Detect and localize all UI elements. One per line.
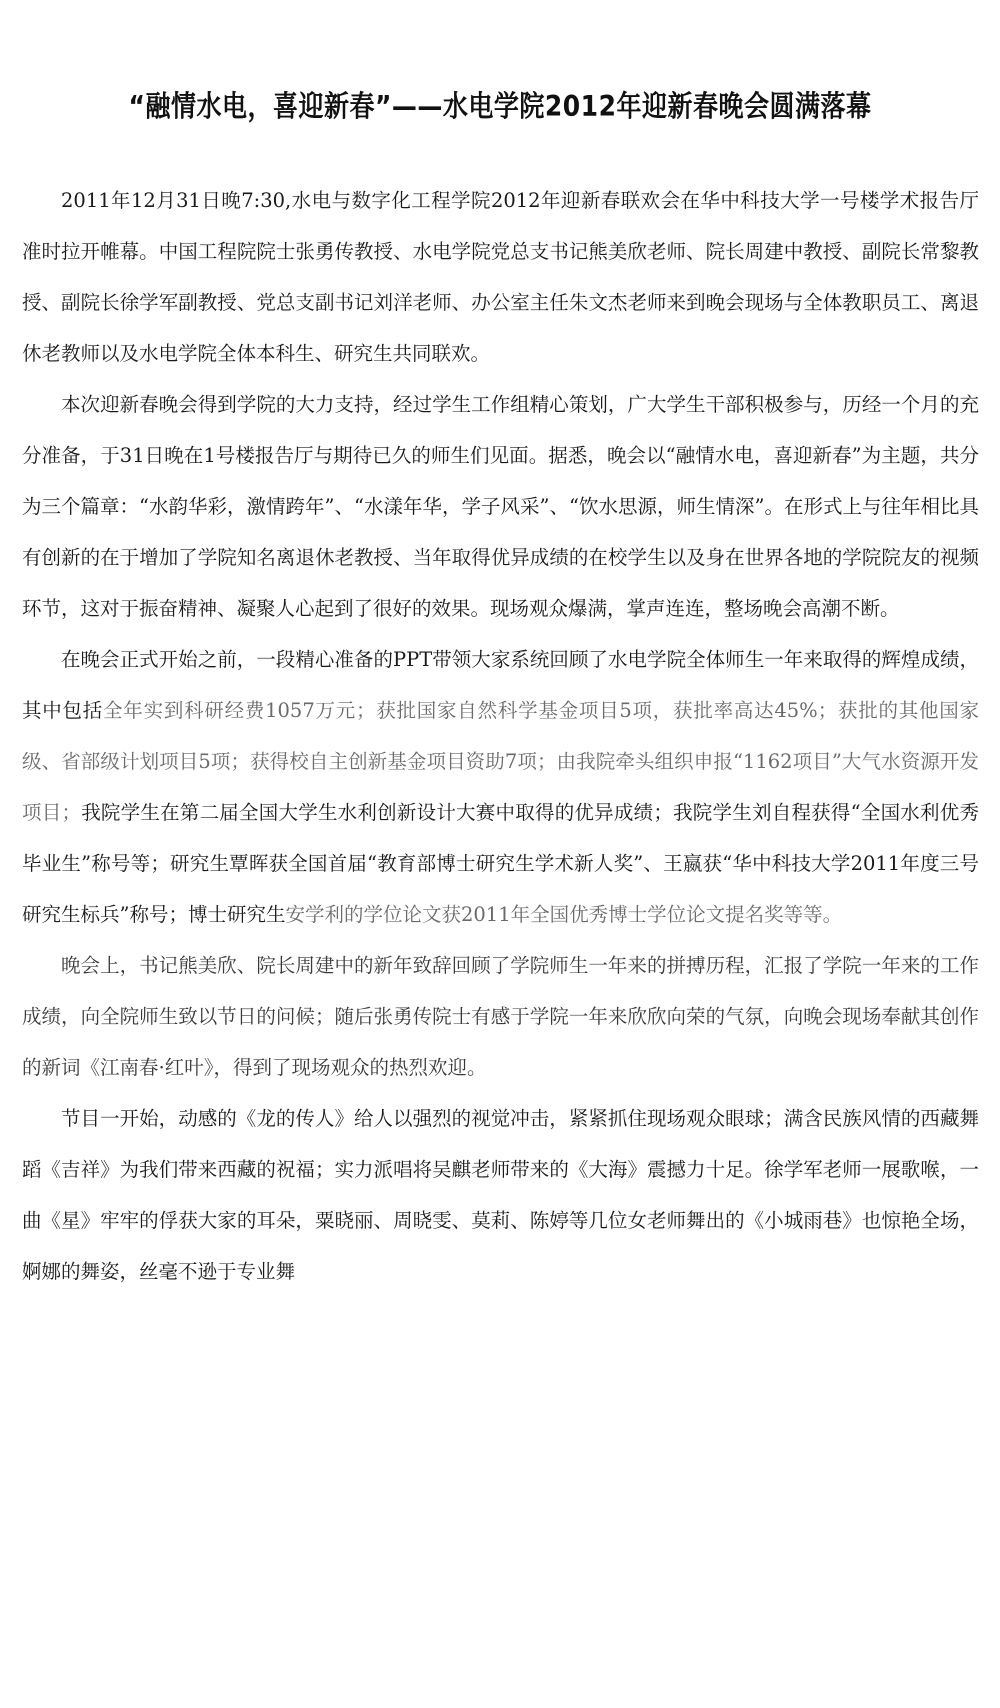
paragraph-3: 在晚会正式开始之前，一段精心准备的PPT带领大家系统回顾了水电学院全体师生一年来… bbox=[22, 634, 979, 940]
paragraph-2: 本次迎新春晚会得到学院的大力支持，经过学生工作组精心策划，广大学生干部积极参与，… bbox=[22, 379, 979, 634]
article-title: “融情水电，喜迎新春”——水电学院2012年迎新春晚会圆满落幕 bbox=[0, 84, 1000, 125]
text-run-highlight: 安学利的学位论文获2011年全国优秀博士学位论文提名奖等等。 bbox=[285, 903, 842, 926]
paragraph-1: 2011年12月31日晚7:30,水电与数字化工程学院2012年迎新春联欢会在华… bbox=[22, 175, 979, 379]
article-body: 2011年12月31日晚7:30,水电与数字化工程学院2012年迎新春联欢会在华… bbox=[22, 175, 979, 1297]
text-run: 2011年12月31日晚7:30,水电与数字化工程学院2012年迎新春联欢会在华… bbox=[22, 189, 979, 365]
text-run: 本次迎新春晚会得到学院的大力支持，经过学生工作组精心策划，广大学生干部积极参与，… bbox=[22, 393, 979, 620]
text-run: 节目一开始，动感的《龙的传人》给人以强烈的视觉冲击，紧紧抓住现场观众眼球；满含民… bbox=[22, 1107, 979, 1283]
paragraph-4: 晚会上，书记熊美欣、院长周建中的新年致辞回顾了学院师生一年来的拼搏历程，汇报了学… bbox=[22, 940, 979, 1093]
document-page: “融情水电，喜迎新春”——水电学院2012年迎新春晚会圆满落幕 2011年12月… bbox=[0, 0, 1000, 1708]
text-run: 晚会上，书记熊美欣、院长周建中的新年致辞回顾了学院师生一年来的拼搏历程，汇报了学… bbox=[22, 954, 979, 1079]
paragraph-5: 节目一开始，动感的《龙的传人》给人以强烈的视觉冲击，紧紧抓住现场观众眼球；满含民… bbox=[22, 1093, 979, 1297]
